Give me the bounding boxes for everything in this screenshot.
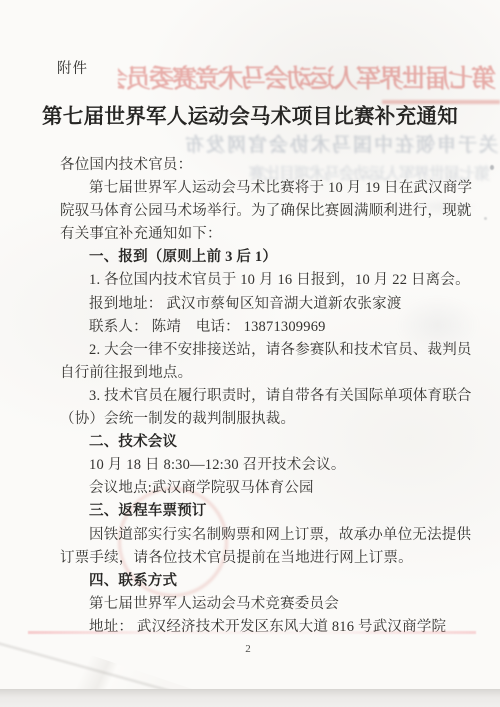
body-line: （协）会统一制发的裁判制服执裁。	[60, 408, 484, 431]
body-line: 订票手续，请各位技术官员提前在当地进行网上订票。	[60, 547, 484, 570]
document-title: 第七届世界军人运动会马术项目比赛补充通知	[0, 99, 500, 129]
body-line: 地址： 武汉经济技术开发区东风大道 816 号武汉商学院	[60, 616, 484, 639]
scan-artifact-pink-line	[28, 631, 476, 634]
body-line: 联系人： 陈靖 电话： 13871309969	[60, 316, 484, 339]
attachment-label: 附件	[57, 57, 88, 78]
scanned-document-page: 第七届世界军人运动会马术竞赛委员会 关于申领在中国马术协会官网发布 第七届世界军…	[0, 0, 500, 707]
body-line: 10 月 18 日 8:30—12:30 召开技术会议。	[60, 454, 484, 477]
body-line: 2. 大会一律不安排接送站，请各参赛队和技术官员、裁判员	[60, 339, 484, 362]
body-line: 自行前往报到地点。	[60, 362, 484, 385]
section-heading: 三、返程车票预订	[60, 500, 484, 523]
scan-speck	[484, 217, 487, 220]
body-line: 1. 各位国内技术官员于 10 月 16 日报到，10 月 22 日离会。	[60, 269, 484, 292]
body-line: 有关事宜补充通知如下：	[60, 223, 484, 246]
body-line: 因铁道部实行实名制购票和网上订票，故承办单位无法提供	[60, 524, 484, 547]
scan-speck	[490, 165, 494, 170]
body-line: 报到地址： 武汉市蔡甸区知音湖大道新农张家渡	[60, 293, 484, 316]
document-body: 各位国内技术官员：第七届世界军人运动会马术比赛将于 10 月 19 日在武汉商学…	[60, 154, 484, 639]
body-line: 第七届世界军人运动会马术比赛将于 10 月 19 日在武汉商学	[60, 177, 484, 200]
bleedthrough-red-letterhead: 第七届世界军人运动会马术竞赛委员会	[118, 62, 496, 98]
body-line: 院驭马体育公园马术场举行。为了确保比赛圆满顺利进行，现就	[60, 200, 484, 223]
body-line: 各位国内技术官员：	[60, 154, 484, 177]
body-line: 第七届世界军人运动会马术竞赛委员会	[60, 593, 484, 616]
bleedthrough-gray-line-1: 关于申领在中国马术协会官网发布	[160, 130, 498, 154]
section-heading: 四、联系方式	[60, 570, 484, 593]
body-line: 会议地点:武汉商学院驭马体育公园	[60, 477, 484, 500]
section-heading: 一、报到（原则上前 3 后 1）	[60, 246, 484, 269]
page-bottom-edge	[0, 689, 500, 707]
section-heading: 二、技术会议	[60, 431, 484, 454]
body-line: 3. 技术官员在履行职责时，请自带各有关国际单项体育联合	[60, 385, 484, 408]
